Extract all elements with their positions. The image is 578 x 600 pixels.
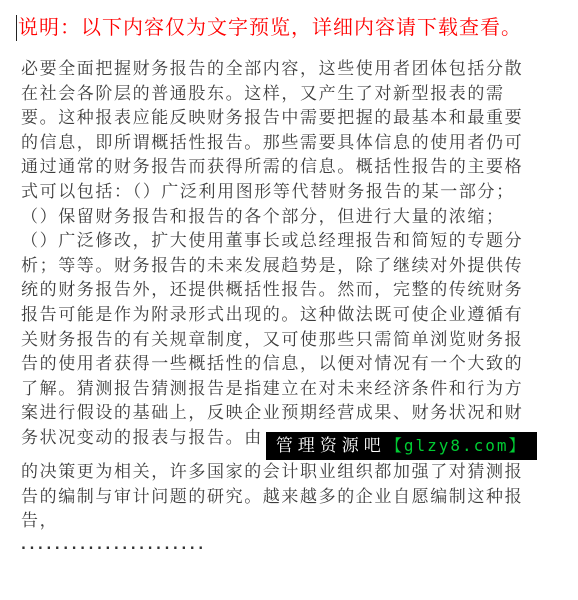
body-text-line: 报告可能是作为附录形式出现的。这种做法既可使企业遵循有 bbox=[21, 303, 564, 328]
preview-page: 说明：以下内容仅为文字预览，详细内容请下载查看。 必要全面把握财务报告的全部内容… bbox=[0, 0, 578, 600]
body-text-line: 在社会各阶层的普通股东。这样，又产生了对新型报表的需 bbox=[21, 82, 564, 107]
text-cursor bbox=[16, 15, 17, 41]
body-text-run: 务状况变动的报表与报告。由 bbox=[21, 428, 263, 448]
watermark-site-name: 管理资源吧 bbox=[276, 436, 386, 456]
body-text-line: 式可以包括：（）广泛利用图形等代替财务报告的某一部分； bbox=[21, 180, 564, 205]
body-text-line: （）保留财务报告和报告的各个部分，但进行大量的浓缩； bbox=[21, 205, 564, 230]
body-text-line: 告的使用者获得一些概括性的信息，以便对情况有一个大致的 bbox=[21, 352, 564, 377]
body-text-line: 的信息，即所谓概括性报告。那些需要具体信息的使用者仍可 bbox=[21, 131, 564, 156]
body-text-line: 告， bbox=[21, 509, 564, 534]
ellipsis-row: ...................... bbox=[21, 538, 564, 553]
body-text-line: 析；等等。财务报告的未来发展趋势是，除了继续对外提供传 bbox=[21, 254, 564, 279]
watermark-badge: 管理资源吧【glzy8.com】 bbox=[266, 432, 537, 460]
document-body: 必要全面把握财务报告的全部内容，这些使用者团体包括分散 在社会各阶层的普通股东。… bbox=[0, 45, 578, 553]
body-text-line: 通过通常的财务报告而获得所需的信息。概括性报告的主要格 bbox=[21, 155, 564, 180]
preview-notice: 说明：以下内容仅为文字预览，详细内容请下载查看。 bbox=[0, 0, 578, 45]
body-text-line: 的决策更为相关，许多国家的会计职业组织都加强了对猜测报 bbox=[21, 460, 564, 485]
body-text-line: 统的财务报告外，还提供概括性报告。然而，完整的传统财务 bbox=[21, 278, 564, 303]
body-text-line: 要。这种报表应能反映财务报告中需要把握的最基本和最重要 bbox=[21, 106, 564, 131]
body-text-line: 必要全面把握财务报告的全部内容，这些使用者团体包括分散 bbox=[21, 57, 564, 82]
body-text-line: 告的编制与审计问题的研究。越来越多的企业自愿编制这种报 bbox=[21, 485, 564, 510]
body-text-line: （）广泛修改，扩大使用董事长或总经理报告和简短的专题分 bbox=[21, 229, 564, 254]
body-text-line: 了解。猜测报告猜测报告是指建立在对未来经济条件和行为方 bbox=[21, 377, 564, 402]
body-text-line-with-watermark: 务状况变动的报表与报告。由管理资源吧【glzy8.com】 bbox=[21, 426, 564, 460]
body-text-line: 案进行假设的基础上，反映企业预期经营成果、财务状况和财 bbox=[21, 401, 564, 426]
body-text-line: 关财务报告的有关规章制度，又可使那些只需简单浏览财务报 bbox=[21, 328, 564, 353]
watermark-site-url: 【glzy8.com】 bbox=[386, 436, 527, 455]
